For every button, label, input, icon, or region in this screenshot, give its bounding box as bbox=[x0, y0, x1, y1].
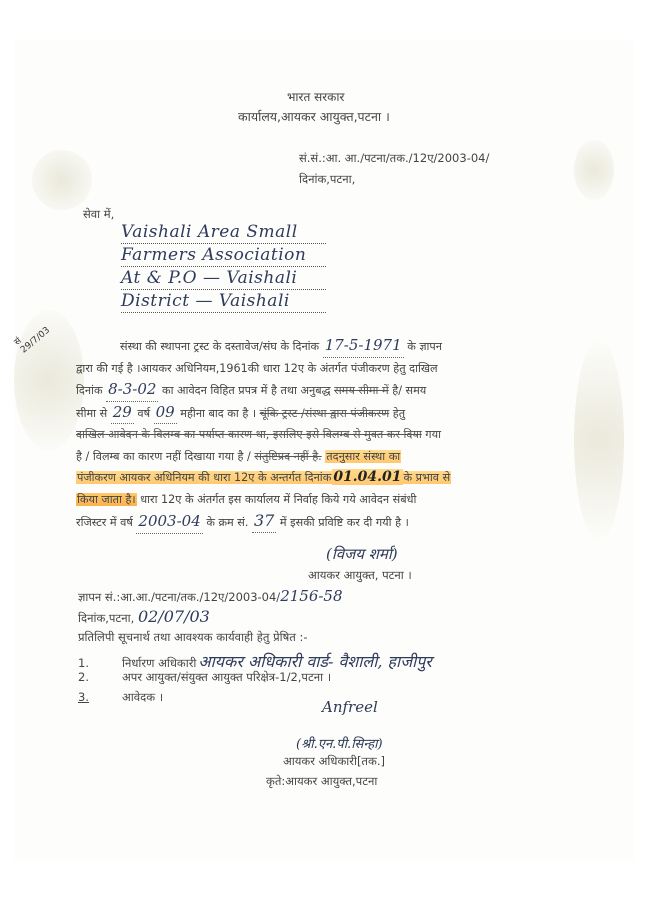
body-text: है / विलम्ब का कारण नहीं दिखाया गया है / bbox=[76, 450, 251, 463]
officer-title: आयकर अधिकारी[तक.] bbox=[283, 754, 385, 769]
salutation: सेवा में, bbox=[83, 207, 114, 222]
struck-text: संतुष्टिप्रद नहीं है. bbox=[254, 450, 321, 463]
delay-months: 09 bbox=[154, 402, 177, 425]
serial-number: 37 bbox=[252, 510, 276, 533]
reference-number: सं.सं.:आ. आ./पटना/तक./12ए/2003-04/ bbox=[299, 151, 489, 166]
struck-text: दाखिल आवेदन के विलम्ब का पर्याप्त कारण थ… bbox=[76, 428, 422, 441]
effective-date: 01.04.01 bbox=[332, 469, 402, 485]
recipient-item: 2.अपर आयुक्त/संयुक्त आयुक्त परिक्षेत्र-1… bbox=[78, 670, 331, 685]
recipient-text: निर्धारण अधिकारी bbox=[122, 656, 196, 670]
body-text: है/ समय bbox=[392, 384, 426, 397]
body-text: दिनांक bbox=[76, 384, 103, 397]
body-text: गया bbox=[425, 428, 441, 441]
commissioner-title: आयकर आयुक्त, पटना । bbox=[308, 568, 412, 583]
copy-forward-line: प्रतिलिपी सूचनार्थ तथा आवश्यक कार्यवाही … bbox=[78, 630, 308, 645]
officer-behalf: कृते:आयकर आयुक्त,पटना bbox=[266, 774, 377, 789]
body-text: द्वारा की गई है ।आयकर अधिनियम,1961की धार… bbox=[76, 358, 578, 380]
delay-years: 29 bbox=[111, 402, 134, 425]
memo-date: 02/07/03 bbox=[138, 607, 210, 626]
body-text: धारा 12ए के अंतर्गत इस कार्यालय में निर्… bbox=[140, 493, 416, 506]
struck-text: समय सीमा में bbox=[334, 384, 389, 397]
recipient-handwritten: आयकर अधिकारी वार्ड- वैशाली, हाजीपुर bbox=[198, 652, 431, 671]
trust-date: 17-5-1971 bbox=[323, 335, 404, 358]
highlighted-text: तदनुसार संस्था का bbox=[325, 450, 401, 463]
body-text: वर्ष bbox=[137, 407, 150, 420]
recipient-number: 3. bbox=[78, 690, 122, 704]
struck-text: चूंकि ट्रस्ट /संस्था द्वारा पंजीकरण bbox=[260, 407, 390, 420]
memo-number-label: ज्ञापन सं.:आ.आ./पटना/तक./12ए/2003-04/ bbox=[78, 590, 280, 604]
body-text: के क्रम सं. bbox=[206, 516, 248, 529]
commissioner-signature: (विजय शर्मा) bbox=[326, 544, 398, 564]
recipient-text: आवेदक । bbox=[122, 690, 163, 704]
address-line: District — Vaishali bbox=[121, 290, 326, 313]
recipient-item: 1.निर्धारण अधिकारीआयकर अधिकारी वार्ड- वै… bbox=[78, 650, 432, 672]
officer-signature: Anfreel bbox=[322, 698, 378, 716]
highlighted-text: के प्रभाव से bbox=[403, 471, 452, 484]
memo-date-label: दिनांक,पटना, bbox=[78, 611, 134, 625]
highlighted-text: पंजीकरण आयकर अधिनियम की धारा 12ए के अन्त… bbox=[76, 471, 332, 484]
body-text: महीना बाद का है । bbox=[180, 407, 256, 420]
govt-heading: भारत सरकार bbox=[287, 88, 344, 105]
office-heading: कार्यालय,आयकर आयुक्त,पटना । bbox=[238, 108, 390, 125]
register-year: 2003-04 bbox=[136, 511, 202, 534]
officer-name: (श्री.एन.पी.सिन्हा) bbox=[296, 734, 383, 752]
body-text: सीमा से bbox=[76, 407, 107, 420]
highlighted-text: किया जाता है। bbox=[76, 493, 137, 506]
recipient-number: 1. bbox=[78, 656, 122, 670]
addressee-block: Vaishali Area Small Farmers Association … bbox=[121, 221, 326, 313]
address-line: At & P.O — Vaishali bbox=[121, 267, 326, 290]
address-line: Farmers Association bbox=[121, 244, 326, 267]
body-text: के ज्ञापन bbox=[407, 340, 442, 353]
body-text: का आवेदन विहित प्रपत्र में है तथा अनुबद्… bbox=[162, 384, 331, 397]
body-text: रजिस्टर में वर्ष bbox=[76, 516, 133, 529]
body-paragraph: संस्था की स्थापना ट्रस्ट के दस्तावेज/संघ… bbox=[76, 335, 578, 534]
body-text: संस्था की स्थापना ट्रस्ट के दस्तावेज/संघ… bbox=[120, 340, 319, 353]
recipient-item: 3.आवेदक । bbox=[78, 690, 163, 705]
body-text: हेतु bbox=[393, 407, 405, 420]
recipient-number: 2. bbox=[78, 670, 122, 684]
memo-number: 2156-58 bbox=[280, 587, 342, 605]
address-line: Vaishali Area Small bbox=[121, 221, 326, 244]
recipient-text: अपर आयुक्त/संयुक्त आयुक्त परिक्षेत्र-1/2… bbox=[122, 670, 331, 684]
application-date: 8-3-02 bbox=[106, 379, 158, 402]
reference-date: दिनांक,पटना, bbox=[299, 172, 355, 187]
body-text: में इसकी प्रविष्टि कर दी गयी है । bbox=[280, 516, 409, 529]
